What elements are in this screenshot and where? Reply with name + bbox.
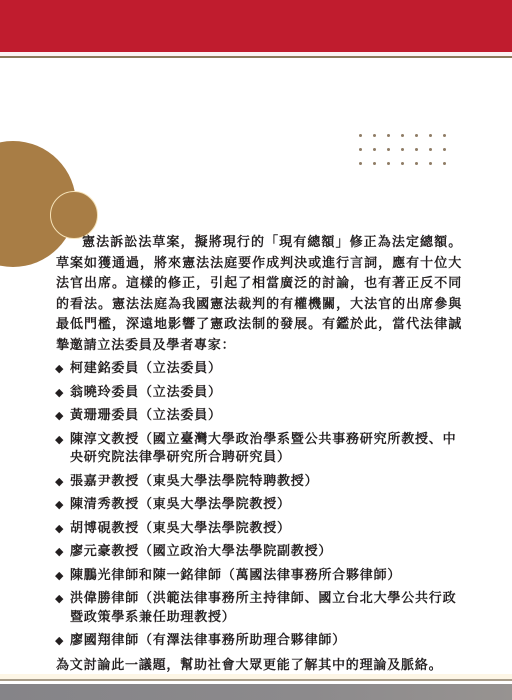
- guest-item: ◆ 陳鵬光律師和陳一銘律師（萬國法律事務所合夥律師）: [56, 567, 462, 586]
- dot-icon: [429, 148, 432, 151]
- guest-item: ◆ 胡博硯教授（東吳大學法學院教授）: [56, 520, 462, 539]
- dot-icon: [387, 162, 390, 165]
- editorial-content: 憲法訴訟法草案，擬將現行的「現有總額」修正為法定總額。草案如獲通過，將來憲法法庭…: [56, 233, 462, 700]
- diamond-bullet-icon: ◆: [55, 567, 64, 586]
- guest-item: ◆ 翁曉玲委員（立法委員）: [56, 384, 462, 403]
- dot-icon: [373, 162, 376, 165]
- closing-paragraph: 為文討論此一議題，幫助社會大眾更能了解其中的理論及脈絡。: [56, 656, 462, 676]
- dot-icon: [415, 134, 418, 137]
- dot-icon: [443, 134, 446, 137]
- dot-icon: [415, 148, 418, 151]
- diamond-bullet-icon: ◆: [55, 520, 64, 539]
- guest-text: 陳清秀教授（東吳大學法學院教授）: [70, 497, 291, 512]
- dot-icon: [429, 162, 432, 165]
- guest-item: ◆ 洪偉勝律師（洪範法律事務所主持律師、國立台北大學公共行政暨政策學系兼任助理教…: [56, 590, 462, 627]
- dot-icon: [359, 148, 362, 151]
- bottom-divider-line: [0, 679, 512, 681]
- diamond-bullet-icon: ◆: [55, 431, 64, 450]
- diamond-bullet-icon: ◆: [55, 384, 64, 403]
- guest-text: 翁曉玲委員（立法委員）: [70, 385, 222, 400]
- dot-icon: [387, 148, 390, 151]
- dot-icon: [373, 148, 376, 151]
- diamond-bullet-icon: ◆: [55, 360, 64, 379]
- decorative-dot-grid: [359, 134, 457, 176]
- intro-paragraph: 憲法訴訟法草案，擬將現行的「現有總額」修正為法定總額。草案如獲通過，將來憲法法庭…: [56, 233, 462, 356]
- guest-item: ◆ 張嘉尹教授（東吳大學法學院特聘教授）: [56, 473, 462, 492]
- guest-item: ◆ 黃珊珊委員（立法委員）: [56, 407, 462, 426]
- dot-icon: [373, 134, 376, 137]
- guest-text: 廖國翔律師（有澤法律事務所助理合夥律師）: [70, 633, 346, 648]
- diamond-bullet-icon: ◆: [55, 632, 64, 651]
- dot-icon: [401, 134, 404, 137]
- decorative-small-circle: [50, 191, 98, 239]
- bottom-gray-band: [0, 684, 512, 700]
- guest-item: ◆ 柯建銘委員（立法委員）: [56, 360, 462, 379]
- diamond-bullet-icon: ◆: [55, 590, 64, 609]
- guest-text: 陳鵬光律師和陳一銘律師（萬國法律事務所合夥律師）: [70, 568, 401, 583]
- dot-icon: [429, 134, 432, 137]
- diamond-bullet-icon: ◆: [55, 407, 64, 426]
- dot-icon: [387, 134, 390, 137]
- guest-text: 洪偉勝律師（洪範法律事務所主持律師、國立台北大學公共行政暨政策學系兼任助理教授）: [70, 591, 456, 625]
- dot-icon: [359, 162, 362, 165]
- guest-text: 廖元豪教授（國立政治大學法學院副教授）: [70, 544, 332, 559]
- guest-text: 黃珊珊委員（立法委員）: [70, 408, 222, 423]
- dot-icon: [401, 148, 404, 151]
- dot-icon: [359, 134, 362, 137]
- guest-item: ◆ 廖國翔律師（有澤法律事務所助理合夥律師）: [56, 632, 462, 651]
- diamond-bullet-icon: ◆: [55, 496, 64, 515]
- top-red-banner: [0, 0, 512, 52]
- guest-text: 陳淳文教授（國立臺灣大學政治學系暨公共事務研究所教授、中央研究院法律學研究所合聘…: [70, 432, 456, 466]
- dot-icon: [401, 162, 404, 165]
- dot-icon: [415, 162, 418, 165]
- guest-item: ◆ 廖元豪教授（國立政治大學法學院副教授）: [56, 543, 462, 562]
- guest-text: 張嘉尹教授（東吳大學法學院特聘教授）: [70, 474, 318, 489]
- guest-item: ◆ 陳清秀教授（東吳大學法學院教授）: [56, 496, 462, 515]
- guest-text: 胡博硯教授（東吳大學法學院教授）: [70, 521, 291, 536]
- guest-list: ◆ 柯建銘委員（立法委員） ◆ 翁曉玲委員（立法委員） ◆ 黃珊珊委員（立法委員…: [56, 360, 462, 651]
- diamond-bullet-icon: ◆: [55, 473, 64, 492]
- dot-icon: [443, 148, 446, 151]
- diamond-bullet-icon: ◆: [55, 543, 64, 562]
- guest-item: ◆ 陳淳文教授（國立臺灣大學政治學系暨公共事務研究所教授、中央研究院法律學研究所…: [56, 431, 462, 468]
- dot-icon: [443, 162, 446, 165]
- guest-text: 柯建銘委員（立法委員）: [70, 361, 222, 376]
- top-divider-line: [0, 56, 512, 58]
